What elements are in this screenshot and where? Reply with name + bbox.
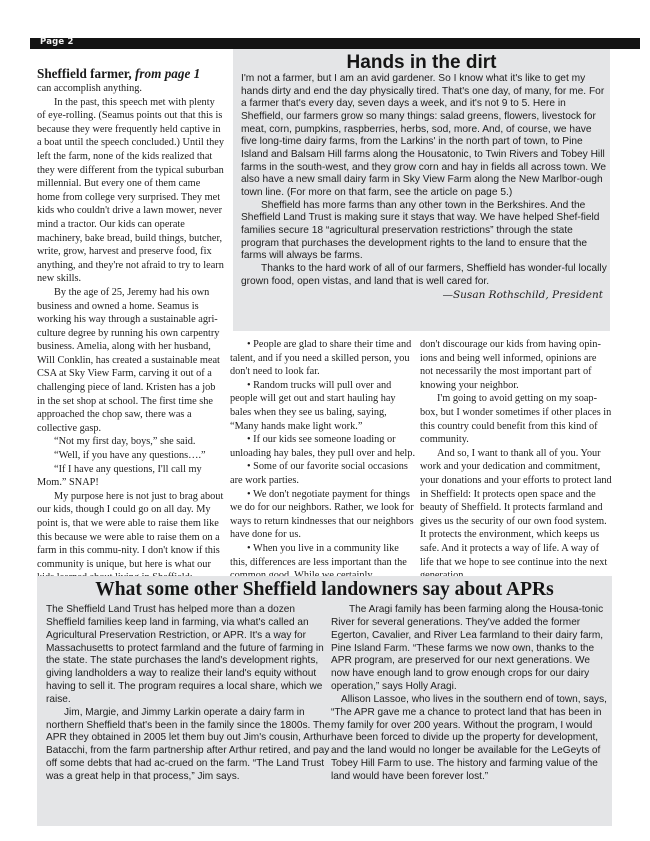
story-paragraph: In the past, this speech met with plenty… [37, 96, 225, 286]
story-quote: “Not my first day, boys,” she said. [37, 435, 225, 449]
lesson-bullet: • We don't negotiate payment for things … [230, 488, 416, 542]
closing-column: don't discourage our kids from having op… [420, 338, 612, 583]
continued-headline-title: Sheffield farmer, [37, 66, 132, 81]
dirt-paragraph: I'm not a farmer, but I am an avid garde… [241, 73, 607, 200]
author-signature: —Susan Rothschild, President [241, 289, 607, 302]
apr-section-title: What some other Sheffield landowners say… [37, 579, 612, 601]
apr-column-left: The Sheffield Land Trust has helped more… [46, 604, 331, 784]
closing-paragraph: And so, I want to thank all of you. Your… [420, 447, 612, 583]
dirt-paragraph: Sheffield has more farms than any other … [241, 200, 607, 263]
lesson-bullet: • Random trucks will pull over and peopl… [230, 379, 416, 433]
page-number: Page 2 [40, 37, 74, 47]
story-paragraph: My purpose here is not just to brag abou… [37, 490, 225, 585]
closing-paragraph: don't discourage our kids from having op… [420, 338, 612, 392]
apr-paragraph: The Sheffield Land Trust has helped more… [46, 604, 331, 707]
closing-paragraph: I'm going to avoid getting on my soap-bo… [420, 392, 612, 446]
continued-story-column: Sheffield farmer, from page 1 can accomp… [37, 66, 225, 585]
dirt-paragraph: Thanks to the hard work of all of our fa… [241, 263, 607, 288]
story-quote: “If I have any questions, I'll call my M… [37, 463, 225, 490]
continued-headline: Sheffield farmer, from page 1 [37, 66, 225, 81]
hands-in-the-dirt-box: Hands in the dirt I'm not a farmer, but … [233, 49, 610, 331]
story-quote: “Well, if you have any questions….” [37, 449, 225, 463]
apr-column-right: The Aragi family has been farming along … [331, 604, 609, 784]
lesson-bullet: • If our kids see someone loading or unl… [230, 433, 416, 460]
apr-paragraph: The Aragi family has been farming along … [331, 604, 609, 694]
hands-in-the-dirt-title: Hands in the dirt [233, 52, 610, 74]
lesson-bullet: • Some of our favorite social occasions … [230, 460, 416, 487]
page-header-bar: Page 2 [30, 38, 640, 49]
apr-paragraph: Jim, Margie, and Jimmy Larkin operate a … [46, 707, 331, 784]
hands-in-the-dirt-body: I'm not a farmer, but I am an avid garde… [241, 73, 607, 302]
story-paragraph: can accomplish anything. [37, 82, 225, 96]
apr-paragraph: Allison Lassoe, who lives in the souther… [331, 694, 609, 784]
story-paragraph: By the age of 25, Jeremy had his own bus… [37, 286, 225, 436]
lesson-bullet: • People are glad to share their time an… [230, 338, 416, 379]
lessons-bullet-column: • People are glad to share their time an… [230, 338, 416, 583]
continued-from-label: from page 1 [135, 66, 200, 81]
apr-testimonials-box: What some other Sheffield landowners say… [37, 576, 612, 826]
